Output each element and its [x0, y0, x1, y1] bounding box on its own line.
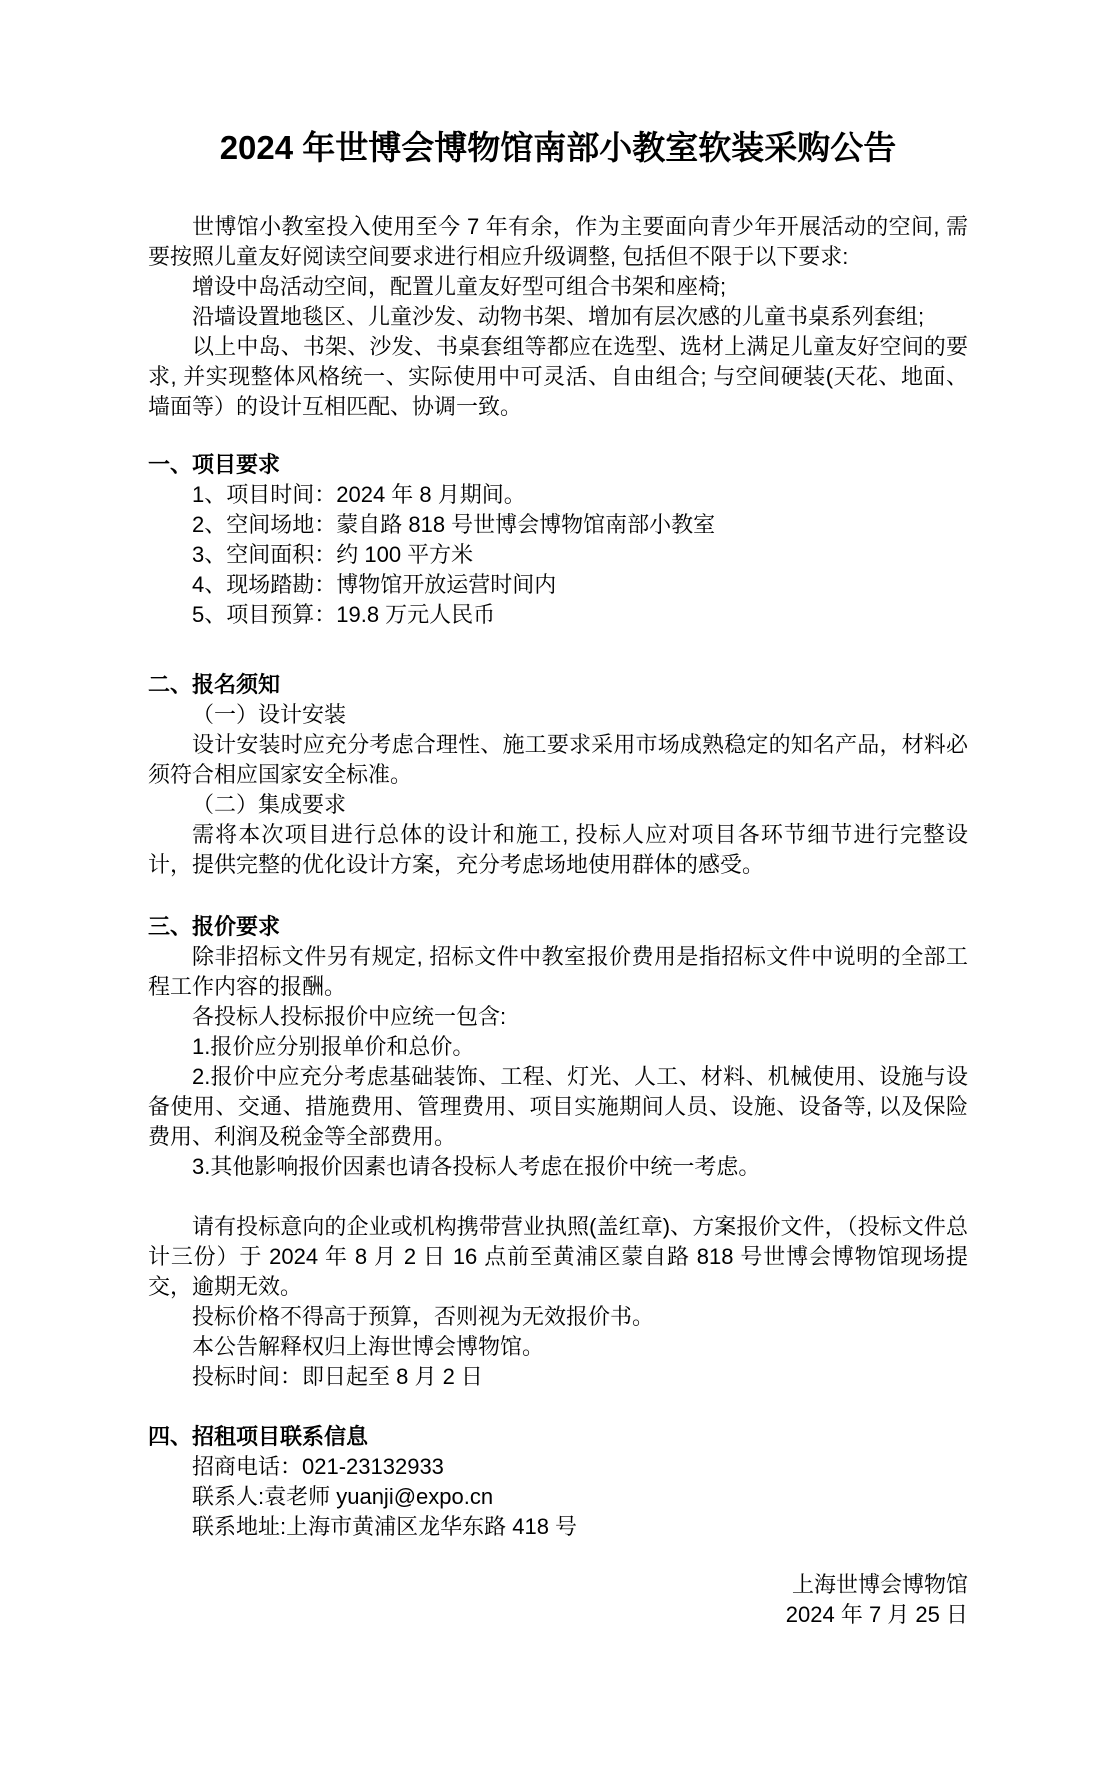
signature-date: 2024 年 7 月 25 日 — [148, 1600, 968, 1630]
subsection-2-title: （二）集成要求 — [148, 790, 968, 820]
page-title: 2024 年世博会博物馆南部小教室软装采购公告 — [148, 126, 968, 170]
subsection-1-body: 设计安装时应充分考虑合理性、施工要求采用市场成熟稳定的知名产品，材料必须符合相应… — [148, 730, 968, 790]
intro-paragraph: 增设中岛活动空间，配置儿童友好型可组合书架和座椅; — [148, 272, 968, 302]
section-2-body: （一）设计安装 设计安装时应充分考虑合理性、施工要求采用市场成熟稳定的知名产品，… — [148, 700, 968, 880]
intro-section: 世博馆小教室投入使用至今 7 年有余，作为主要面向青少年开展活动的空间, 需要按… — [148, 212, 968, 422]
quote-scope-paragraph: 除非招标文件另有规定, 招标文件中教室报价费用是指招标文件中说明的全部工程工作内… — [148, 942, 968, 1002]
section-1-items: 1、项目时间：2024 年 8 月期间。 2、空间场地：蒙自路 818 号世博会… — [148, 480, 968, 630]
section-2-heading: 二、报名须知 — [148, 670, 968, 700]
signature-block: 上海世博会博物馆 2024 年 7 月 25 日 — [148, 1570, 968, 1630]
bid-time: 投标时间：即日起至 8 月 2 日 — [148, 1362, 968, 1392]
intro-paragraph: 沿墙设置地毯区、儿童沙发、动物书架、增加有层次感的儿童书桌系列套组; — [148, 302, 968, 332]
subsection-2-body: 需将本次项目进行总体的设计和施工, 投标人应对项目各环节细节进行完整设计，提供完… — [148, 820, 968, 880]
submission-paragraph: 请有投标意向的企业或机构携带营业执照(盖红章)、方案报价文件，（投标文件总计三份… — [148, 1212, 968, 1302]
submission-section: 请有投标意向的企业或机构携带营业执照(盖红章)、方案报价文件，（投标文件总计三份… — [148, 1212, 968, 1392]
project-time-item: 1、项目时间：2024 年 8 月期间。 — [148, 480, 968, 510]
project-budget-item: 5、项目预算：19.8 万元人民币 — [148, 600, 968, 630]
site-visit-item: 4、现场踏勘：博物馆开放运营时间内 — [148, 570, 968, 600]
section-3-heading: 三、报价要求 — [148, 912, 968, 942]
quote-item: 3.其他影响报价因素也请各投标人考虑在报价中统一考虑。 — [148, 1152, 968, 1182]
quote-item: 1.报价应分别报单价和总价。 — [148, 1032, 968, 1062]
section-1-heading: 一、项目要求 — [148, 450, 968, 480]
signature-org: 上海世博会博物馆 — [148, 1570, 968, 1600]
project-area-item: 3、空间面积：约 100 平方米 — [148, 540, 968, 570]
contact-phone: 招商电话：021-23132933 — [148, 1452, 968, 1482]
submission-price-rule: 投标价格不得高于预算，否则视为无效报价书。 — [148, 1302, 968, 1332]
quote-item: 2.报价中应充分考虑基础装饰、工程、灯光、人工、材料、机械使用、设施与设备使用、… — [148, 1062, 968, 1152]
contact-section: 招商电话：021-23132933 联系人:袁老师 yuanji@expo.cn… — [148, 1452, 968, 1542]
interpretation-right: 本公告解释权归上海世博会博物馆。 — [148, 1332, 968, 1362]
quote-include-paragraph: 各投标人投标报价中应统一包含: — [148, 1002, 968, 1032]
intro-paragraph: 世博馆小教室投入使用至今 7 年有余，作为主要面向青少年开展活动的空间, 需要按… — [148, 212, 968, 272]
subsection-1-title: （一）设计安装 — [148, 700, 968, 730]
contact-person: 联系人:袁老师 yuanji@expo.cn — [148, 1482, 968, 1512]
project-site-item: 2、空间场地：蒙自路 818 号世博会博物馆南部小教室 — [148, 510, 968, 540]
document-page: 2024 年世博会博物馆南部小教室软装采购公告 世博馆小教室投入使用至今 7 年… — [0, 0, 1118, 1791]
section-3-body: 除非招标文件另有规定, 招标文件中教室报价费用是指招标文件中说明的全部工程工作内… — [148, 942, 968, 1182]
contact-address: 联系地址:上海市黄浦区龙华东路 418 号 — [148, 1512, 968, 1542]
section-4-heading: 四、招租项目联系信息 — [148, 1422, 968, 1452]
intro-paragraph: 以上中岛、书架、沙发、书桌套组等都应在选型、选材上满足儿童友好空间的要求, 并实… — [148, 332, 968, 422]
